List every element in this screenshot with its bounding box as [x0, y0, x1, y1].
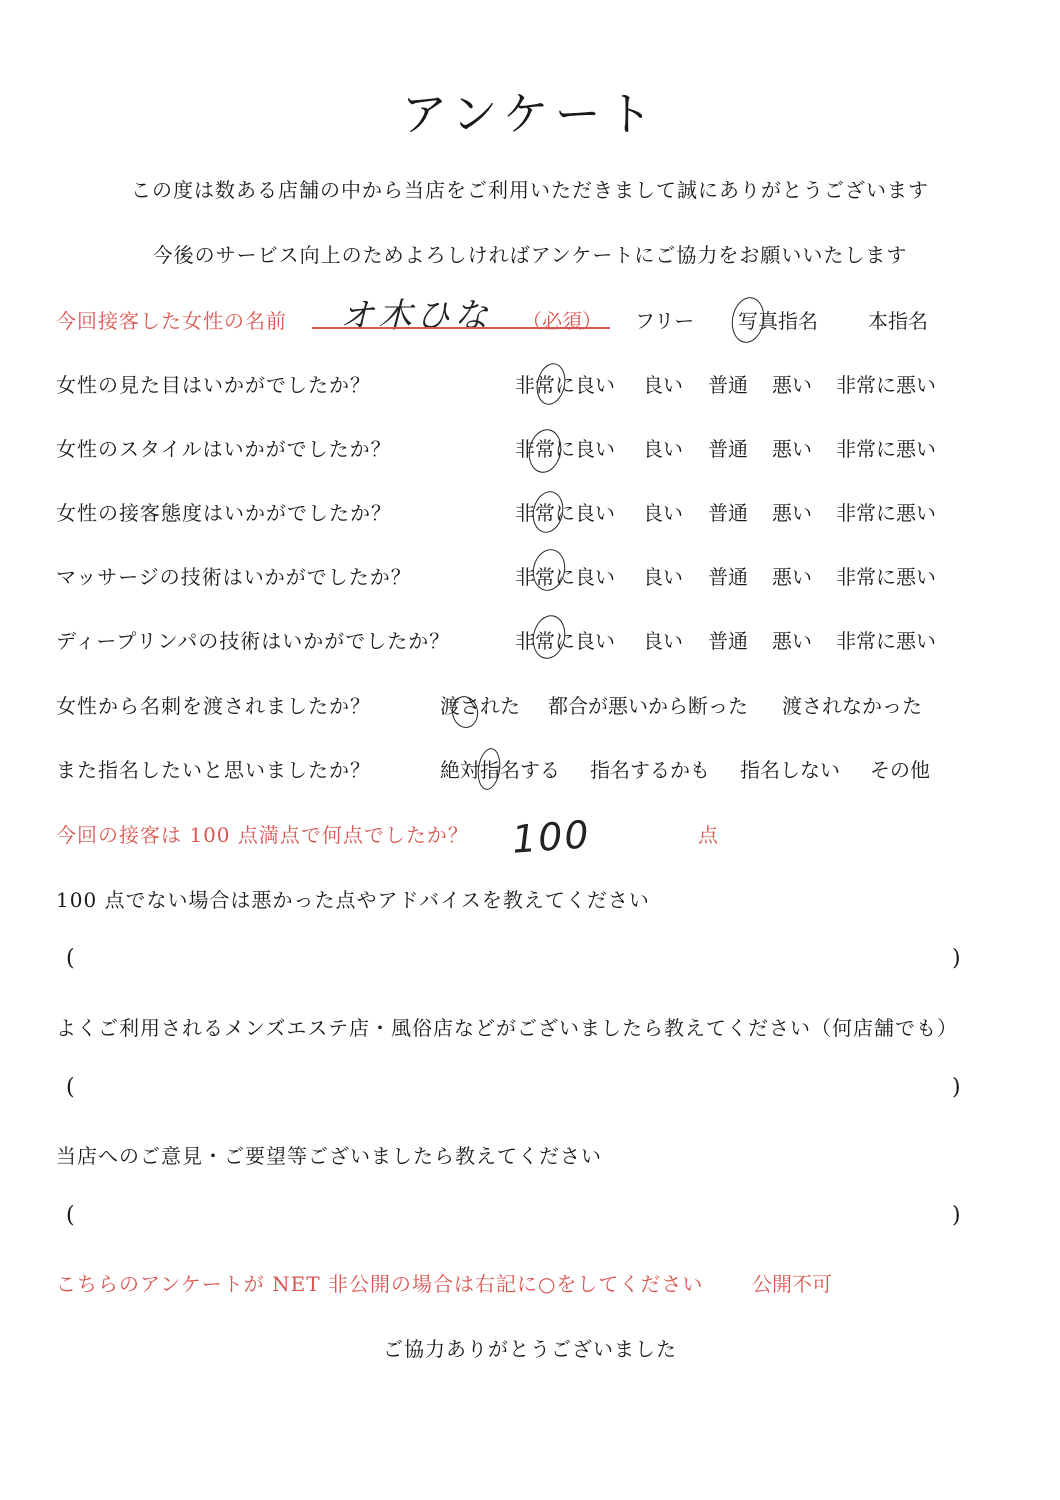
rating-option-bad[interactable]: 悪い — [772, 561, 812, 590]
rating-option-very-bad[interactable]: 非常に悪い — [836, 561, 936, 590]
repeat-option-definitely[interactable]: 絶対指名する — [440, 754, 560, 783]
rating-option-normal[interactable]: 普通 — [708, 497, 748, 526]
rating-option-very-good[interactable]: 非常に良い — [515, 625, 615, 654]
rating-option-very-good[interactable]: 非常に良い — [515, 497, 615, 526]
rating-option-very-bad[interactable]: 非常に悪い — [836, 433, 936, 462]
shops-open-paren: ( — [66, 1075, 75, 1100]
rating-option-very-bad[interactable]: 非常に悪い — [836, 369, 936, 398]
option-main-nomination[interactable]: 本指名 — [868, 305, 928, 334]
rating-option-good[interactable]: 良い — [643, 497, 683, 526]
name-handwritten-value[interactable]: オ木ひな — [340, 288, 492, 337]
rating-option-very-bad[interactable]: 非常に悪い — [836, 625, 936, 654]
repeat-option-other[interactable]: その他 — [870, 754, 930, 783]
rating-option-normal[interactable]: 普通 — [708, 625, 748, 654]
option-photo-nomination[interactable]: 写真指名 — [738, 305, 818, 334]
intro-line-2: 今後のサービス向上のためよろしければアンケートにご協力をお願いいたします — [0, 239, 1060, 268]
advice-open-paren: ( — [66, 946, 75, 971]
option-label: 非常に良い — [515, 501, 615, 525]
selection-circle-icon — [728, 295, 768, 346]
score-unit: 点 — [698, 819, 718, 848]
card-option-received[interactable]: 渡された — [440, 690, 520, 719]
selection-circle-icon — [525, 426, 565, 476]
opinion-open-paren: ( — [66, 1203, 75, 1228]
advice-question-label: 100 点でない場合は悪かった点やアドバイスを教えてください — [56, 884, 650, 913]
rating-question-label: マッサージの技術はいかがでしたか？ — [56, 561, 412, 590]
rating-option-very-good[interactable]: 非常に良い — [515, 561, 615, 590]
intro-line-1: この度は数ある店舗の中から当店をご利用いただきまして誠にありがとうございます — [0, 174, 1060, 203]
selection-circle-icon — [475, 747, 503, 792]
page-title: アンケート — [0, 78, 1060, 144]
selection-circle-icon — [529, 488, 567, 535]
shops-input[interactable] — [90, 1075, 940, 1103]
required-label: （必須） — [522, 305, 602, 334]
rating-option-good[interactable]: 良い — [643, 625, 683, 654]
rating-option-very-bad[interactable]: 非常に悪い — [836, 497, 936, 526]
rating-option-good[interactable]: 良い — [643, 369, 683, 398]
rating-option-very-good[interactable]: 非常に良い — [515, 369, 615, 398]
repeat-option-maybe[interactable]: 指名するかも — [590, 754, 710, 783]
shops-question-label: よくご利用されるメンズエステ店・風俗店などがございましたら教えてください（何店舗… — [56, 1012, 958, 1041]
opinion-close-paren: ) — [952, 1203, 961, 1228]
card-question-label: 女性から名刺を渡されましたか？ — [56, 690, 371, 719]
rating-option-normal[interactable]: 普通 — [708, 561, 748, 590]
repeat-option-no[interactable]: 指名しない — [740, 754, 840, 783]
advice-close-paren: ) — [952, 946, 961, 971]
shops-close-paren: ) — [952, 1075, 961, 1100]
rating-option-bad[interactable]: 悪い — [772, 433, 812, 462]
opinion-input[interactable] — [90, 1203, 940, 1231]
net-notice-label: こちらのアンケートが NET 非公開の場合は右記に○をしてください — [56, 1268, 703, 1297]
rating-option-good[interactable]: 良い — [643, 433, 683, 462]
rating-question-label: 女性の接客態度はいかがでしたか？ — [56, 497, 392, 526]
score-question-label: 今回の接客は 100 点満点で何点でしたか？ — [56, 819, 469, 848]
closing-message: ご協力ありがとうございました — [0, 1333, 1060, 1362]
rating-option-bad[interactable]: 悪い — [772, 369, 812, 398]
rating-option-bad[interactable]: 悪い — [772, 625, 812, 654]
rating-question-label: 女性の見た目はいかがでしたか？ — [56, 369, 371, 398]
repeat-question-label: また指名したいと思いましたか？ — [56, 754, 371, 783]
selection-circle-icon — [533, 361, 569, 408]
rating-question-label: ディープリンパの技術はいかがでしたか？ — [56, 625, 450, 654]
net-private-option[interactable]: 公開不可 — [752, 1268, 832, 1297]
name-question-label: 今回接客した女性の名前 — [56, 305, 287, 334]
rating-option-bad[interactable]: 悪い — [772, 497, 812, 526]
name-underline — [312, 327, 610, 329]
rating-option-normal[interactable]: 普通 — [708, 369, 748, 398]
option-free[interactable]: フリー — [635, 305, 694, 334]
rating-question-label: 女性のスタイルはいかがでしたか？ — [56, 433, 392, 462]
rating-option-good[interactable]: 良い — [643, 561, 683, 590]
rating-option-normal[interactable]: 普通 — [708, 433, 748, 462]
advice-input[interactable] — [90, 946, 940, 974]
selection-circle-icon — [529, 612, 569, 662]
card-option-declined[interactable]: 都合が悪いから断った — [548, 690, 748, 719]
opinion-question-label: 当店へのご意見・ご要望等ございましたら教えてください — [56, 1140, 602, 1169]
card-option-not-received[interactable]: 渡されなかった — [782, 690, 922, 719]
score-handwritten-value[interactable]: 100 — [511, 812, 592, 861]
rating-option-very-good[interactable]: 非常に良い — [515, 433, 615, 462]
